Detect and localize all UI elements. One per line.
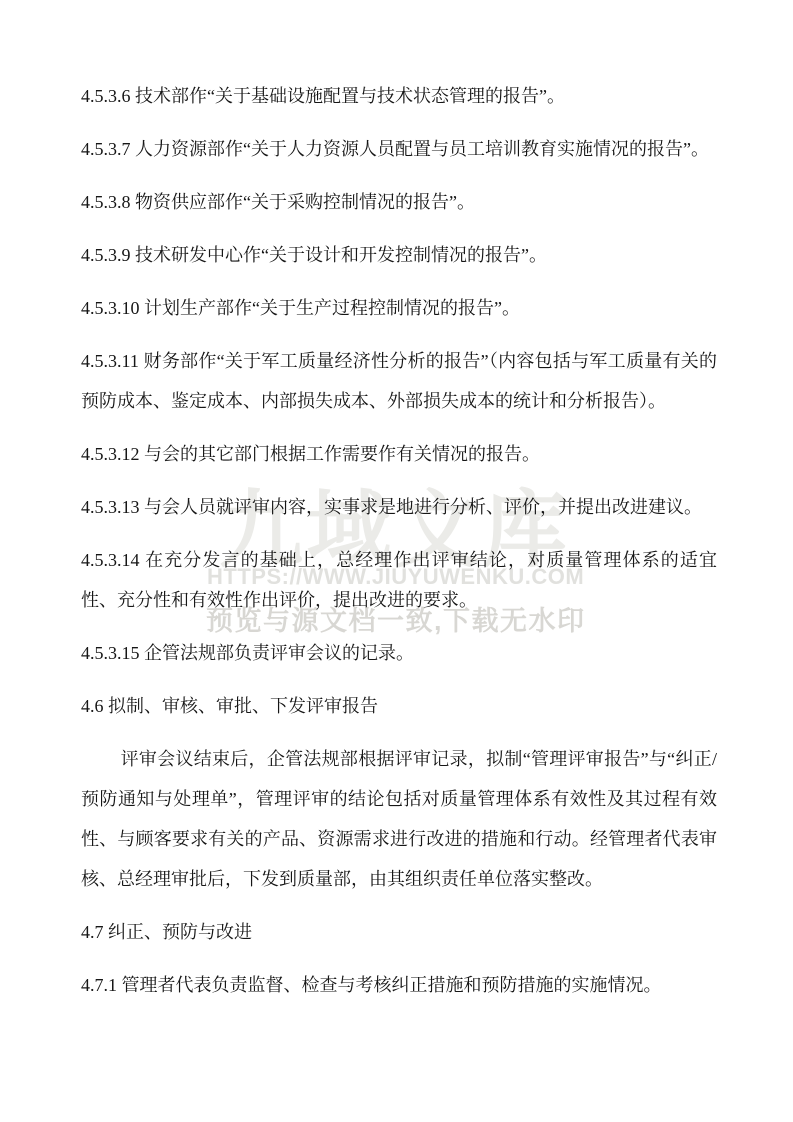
clause-4-5-3-7: 4.5.3.7 人力资源部作“关于人力资源人员配置与员工培训教育实施情况的报告”… (81, 129, 717, 169)
document-body: 4.5.3.6 技术部作“关于基础设施配置与技术状态管理的报告”。 4.5.3.… (81, 76, 717, 1018)
clause-4-5-3-9: 4.5.3.9 技术研发中心作“关于设计和开发控制情况的报告”。 (81, 235, 717, 275)
clause-4-5-3-13: 4.5.3.13 与会人员就评审内容，实事求是地进行分析、评价，并提出改进建议。 (81, 487, 717, 527)
clause-4-7-1: 4.7.1 管理者代表负责监督、检查与考核纠正措施和预防措施的实施情况。 (81, 965, 717, 1005)
clause-4-5-3-14: 4.5.3.14 在充分发言的基础上，总经理作出评审结论，对质量管理体系的适宜性… (81, 540, 717, 620)
heading-4-6: 4.6 拟制、审核、审批、下发评审报告 (81, 686, 717, 726)
document-page: 九域文库 HTTPS://WWW.JIUYUWENKU.COM 预览与源文档一致… (0, 0, 793, 1122)
clause-4-5-3-6: 4.5.3.6 技术部作“关于基础设施配置与技术状态管理的报告”。 (81, 76, 717, 116)
clause-4-5-3-15: 4.5.3.15 企管法规部负责评审会议的记录。 (81, 633, 717, 673)
clause-4-5-3-10: 4.5.3.10 计划生产部作“关于生产过程控制情况的报告”。 (81, 288, 717, 328)
heading-4-7: 4.7 纠正、预防与改进 (81, 912, 717, 952)
clause-4-5-3-12: 4.5.3.12 与会的其它部门根据工作需要作有关情况的报告。 (81, 434, 717, 474)
clause-4-5-3-8: 4.5.3.8 物资供应部作“关于采购控制情况的报告”。 (81, 182, 717, 222)
clause-4-5-3-11: 4.5.3.11 财务部作“关于军工质量经济性分析的报告”（内容包括与军工质量有… (81, 341, 717, 421)
body-4-6: 评审会议结束后，企管法规部根据评审记录，拟制“管理评审报告”与“纠正/预防通知与… (81, 739, 717, 899)
